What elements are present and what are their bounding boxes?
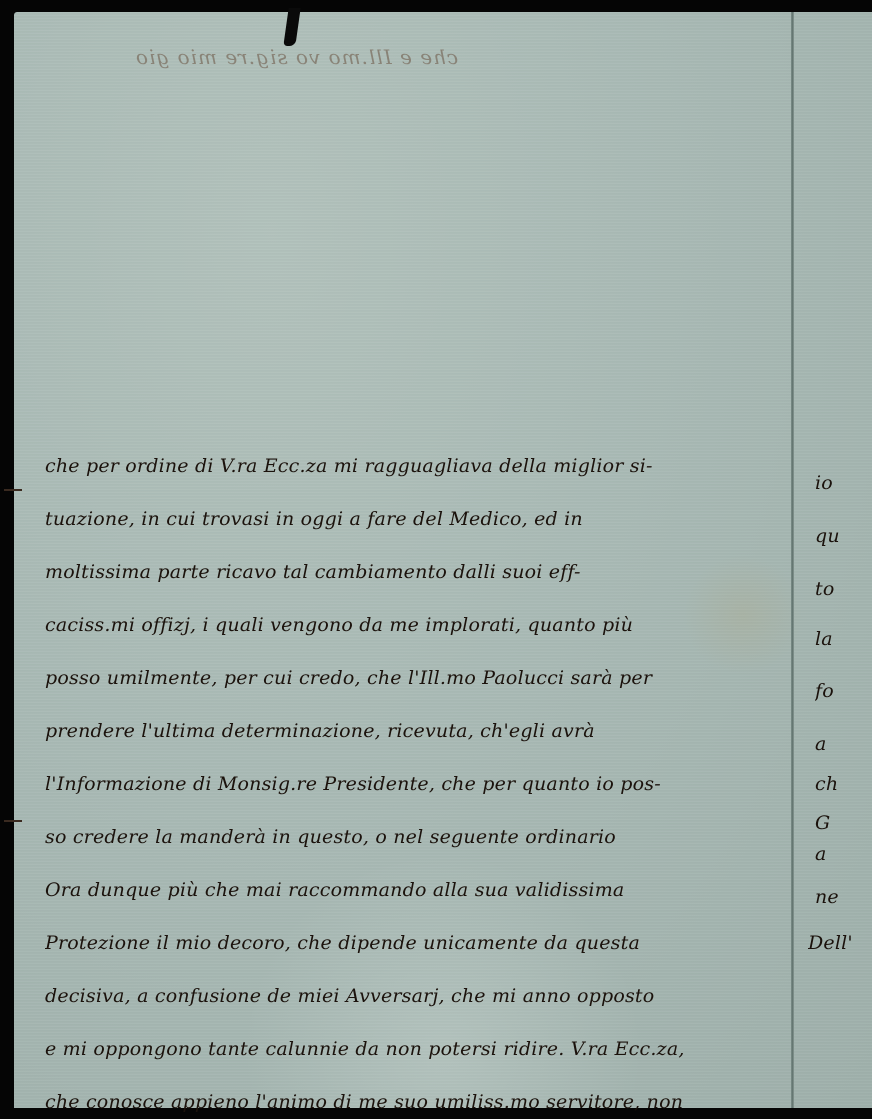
- text-line: e mi oppongono tante calunnie da non pot…: [45, 1038, 790, 1060]
- text-line: che per ordine di V.ra Ecc.za mi ragguag…: [45, 455, 790, 477]
- text-fragment: fo: [815, 680, 872, 702]
- text-fragment: qu: [815, 525, 872, 547]
- text-fragment: ch: [815, 773, 872, 795]
- text-line: so credere la manderà in questo, o nel s…: [45, 826, 790, 848]
- text-line: Ora dunque più che mai raccommando alla …: [45, 879, 790, 901]
- text-fragment: G: [815, 812, 872, 834]
- text-fragment: Dell': [808, 932, 868, 954]
- text-line: moltissima parte ricavo tal cambiamento …: [45, 561, 790, 583]
- bleed-through-text: che e Ill.mo vo sig.re mio gio: [135, 45, 458, 69]
- text-line: posso umilmente, per cui credo, che l'Il…: [45, 667, 790, 689]
- text-fragment: ne: [815, 886, 872, 908]
- text-line: Protezione il mio decoro, che dipende un…: [45, 932, 790, 954]
- text-fragment: a: [815, 733, 872, 755]
- text-fragment: to: [815, 578, 872, 600]
- text-line: decisiva, a confusione de miei Avversarj…: [45, 985, 790, 1007]
- margin-mark: [4, 820, 22, 822]
- text-fragment: io: [815, 472, 872, 494]
- page-fold-line: [791, 12, 794, 1108]
- margin-mark: [4, 489, 22, 491]
- text-line: prendere l'ultima determinazione, ricevu…: [45, 720, 790, 742]
- text-line: tuazione, in cui trovasi in oggi a fare …: [45, 508, 790, 530]
- text-fragment: la: [815, 628, 872, 650]
- text-line: caciss.mi offizj, i quali vengono da me …: [45, 614, 790, 636]
- text-fragment: a: [815, 843, 872, 865]
- text-line: che conosce appieno l'animo di me suo um…: [45, 1091, 790, 1113]
- text-line: l'Informazione di Monsig.re Presidente, …: [45, 773, 790, 795]
